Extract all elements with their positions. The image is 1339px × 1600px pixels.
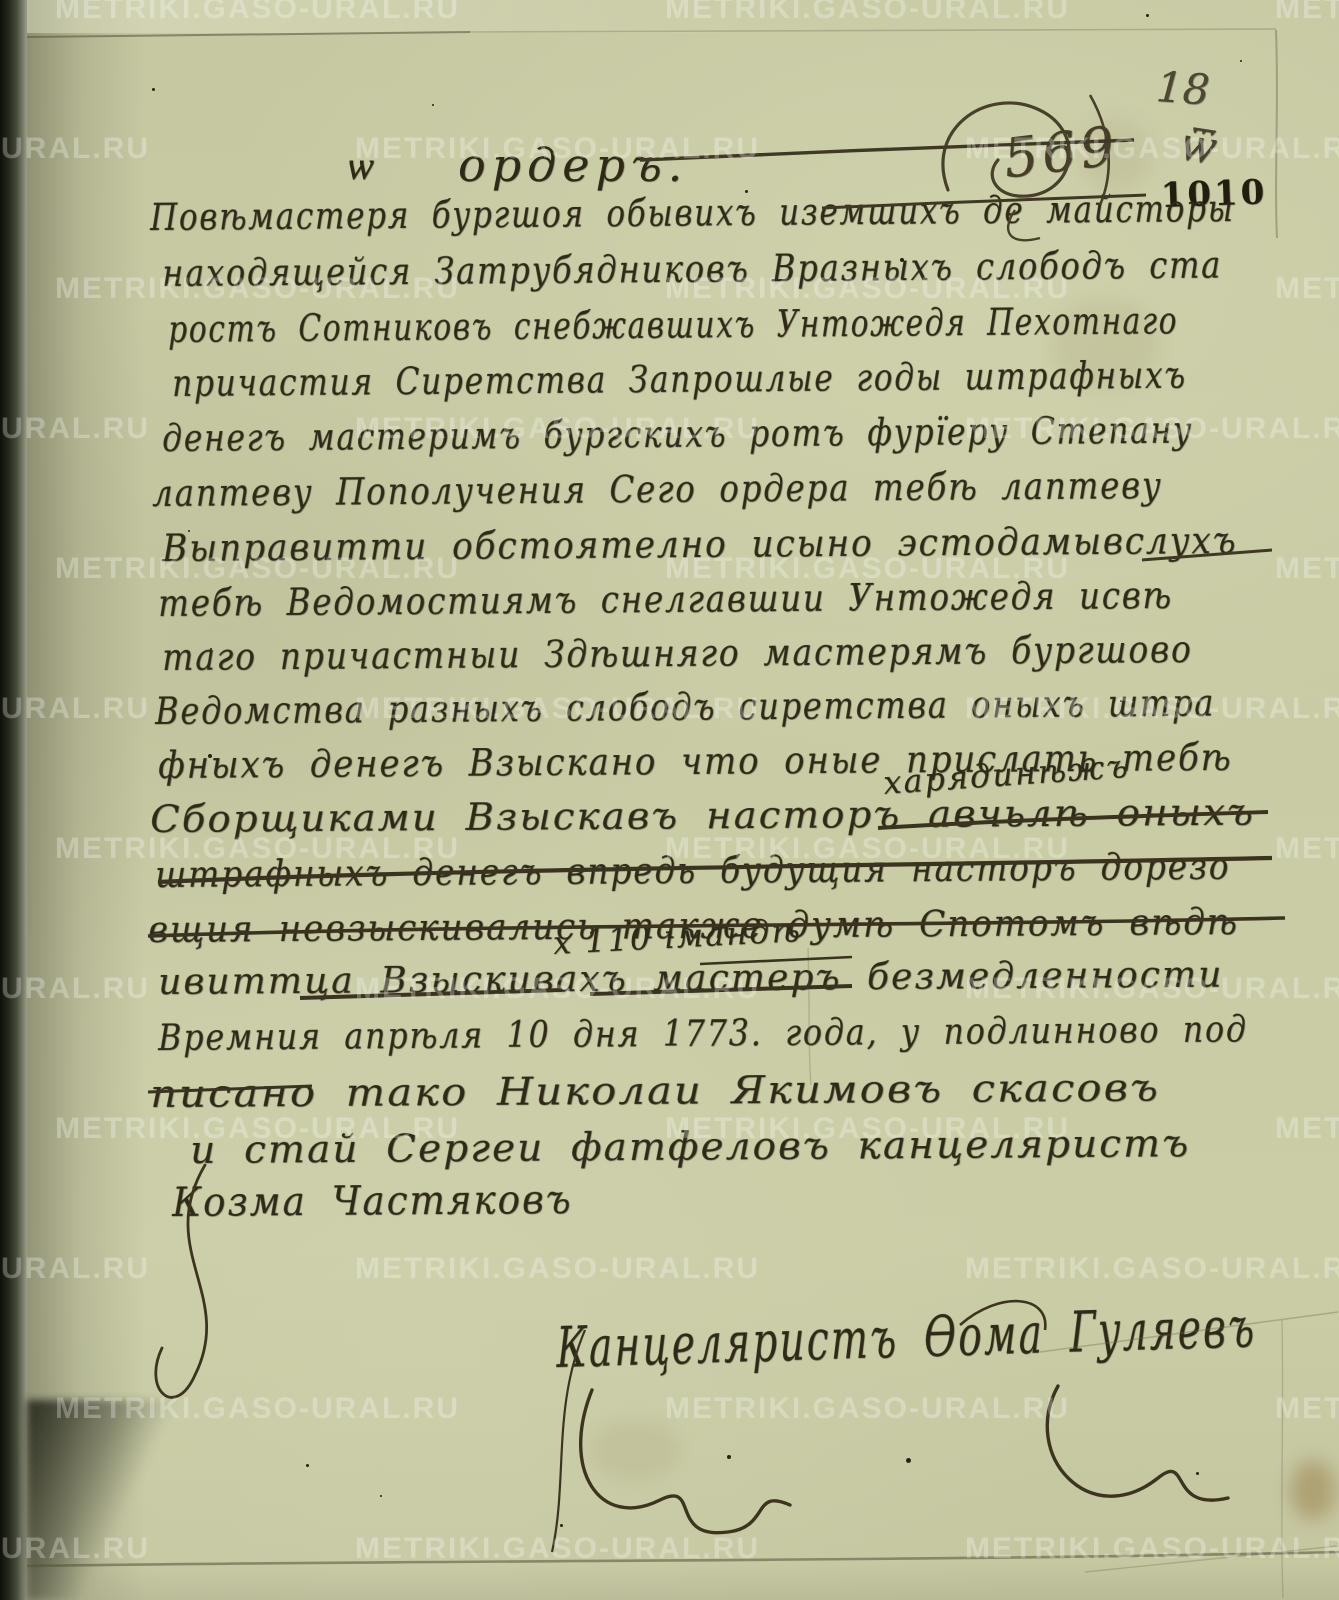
watermark-text: METRIKI.GASO-URAL.RU bbox=[355, 412, 760, 446]
watermark-text: METRIKI.GASO-URAL.RU bbox=[0, 132, 150, 166]
watermark-text: METRIKI.GASO-URAL.RU bbox=[665, 0, 1070, 26]
watermark-text: METRIKI.GASO-URAL.RU bbox=[1275, 272, 1339, 306]
watermark-text: METRIKI.GASO-URAL.RU bbox=[355, 1532, 760, 1566]
watermark-text: METRIKI.GASO-URAL.RU bbox=[55, 1112, 460, 1146]
watermark-text: METRIKI.GASO-URAL.RU bbox=[55, 0, 460, 26]
watermark-text: METRIKI.GASO-URAL.RU bbox=[965, 1252, 1339, 1286]
watermark-text: METRIKI.GASO-URAL.RU bbox=[965, 132, 1339, 166]
watermark-text: METRIKI.GASO-URAL.RU bbox=[55, 552, 460, 586]
watermark-text: METRIKI.GASO-URAL.RU bbox=[355, 692, 760, 726]
watermark-text: METRIKI.GASO-URAL.RU bbox=[1275, 552, 1339, 586]
manuscript-scan: 18 569 ѿ 1010 ѡ ордеръ. харядинѣжъ х 110… bbox=[0, 0, 1339, 1600]
watermark-text: METRIKI.GASO-URAL.RU bbox=[665, 552, 1070, 586]
watermark-text: METRIKI.GASO-URAL.RU bbox=[55, 272, 460, 306]
watermark-text: METRIKI.GASO-URAL.RU bbox=[355, 1252, 760, 1286]
watermark-text: METRIKI.GASO-URAL.RU bbox=[1275, 0, 1339, 26]
watermark-text: METRIKI.GASO-URAL.RU bbox=[55, 832, 460, 866]
watermark-text: METRIKI.GASO-URAL.RU bbox=[55, 1392, 460, 1426]
watermark-text: METRIKI.GASO-URAL.RU bbox=[965, 1532, 1339, 1566]
watermark-text: METRIKI.GASO-URAL.RU bbox=[965, 972, 1339, 1006]
watermark-text: METRIKI.GASO-URAL.RU bbox=[355, 972, 760, 1006]
watermark-text: METRIKI.GASO-URAL.RU bbox=[1275, 1112, 1339, 1146]
watermark-text: METRIKI.GASO-URAL.RU bbox=[0, 1252, 150, 1286]
watermark-text: METRIKI.GASO-URAL.RU bbox=[1275, 832, 1339, 866]
watermark-text: METRIKI.GASO-URAL.RU bbox=[665, 1112, 1070, 1146]
watermark-text: METRIKI.GASO-URAL.RU bbox=[665, 1392, 1070, 1426]
watermark-layer: METRIKI.GASO-URAL.RUMETRIKI.GASO-URAL.RU… bbox=[0, 0, 1339, 1600]
watermark-text: METRIKI.GASO-URAL.RU bbox=[0, 412, 150, 446]
watermark-text: METRIKI.GASO-URAL.RU bbox=[0, 972, 150, 1006]
watermark-text: METRIKI.GASO-URAL.RU bbox=[665, 272, 1070, 306]
watermark-text: METRIKI.GASO-URAL.RU bbox=[0, 1532, 150, 1566]
watermark-text: METRIKI.GASO-URAL.RU bbox=[1275, 1392, 1339, 1426]
watermark-text: METRIKI.GASO-URAL.RU bbox=[0, 692, 150, 726]
watermark-text: METRIKI.GASO-URAL.RU bbox=[355, 132, 760, 166]
watermark-text: METRIKI.GASO-URAL.RU bbox=[665, 832, 1070, 866]
watermark-text: METRIKI.GASO-URAL.RU bbox=[965, 692, 1339, 726]
watermark-text: METRIKI.GASO-URAL.RU bbox=[965, 412, 1339, 446]
